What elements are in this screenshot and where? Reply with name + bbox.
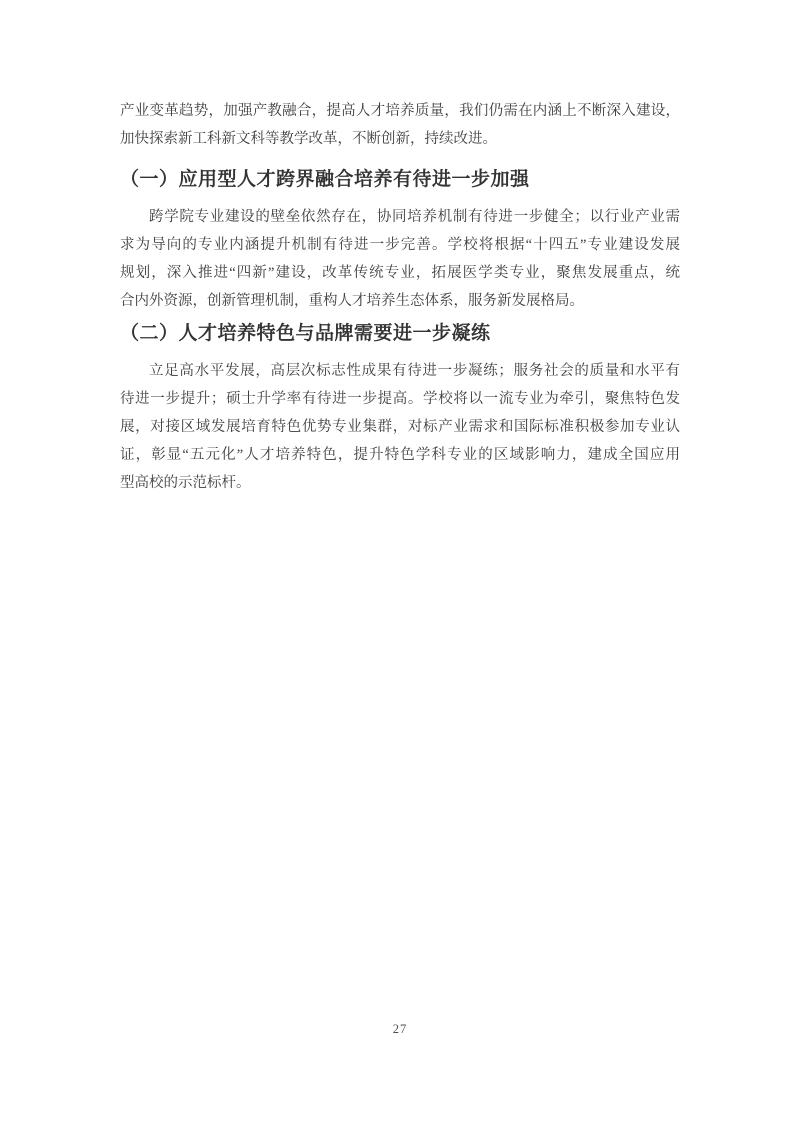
section-heading-2: （二）人才培养特色与品牌需要进一步凝练 [120, 319, 680, 349]
text-line: 待进一步提升；硕士升学率有待进一步提高。学校将以一流专业为牵引，聚焦特色发 [120, 385, 680, 413]
section-heading-1: （一）应用型人才跨界融合培养有待进一步加强 [120, 165, 680, 195]
paragraph-section-2: 立足高水平发展，高层次标志性成果有待进一步凝练；服务社会的质量和水平有 待进一步… [120, 357, 680, 497]
text-line: 加快探索新工科新文科等教学改革，不断创新，持续改进。 [120, 125, 680, 153]
text-line: 展，对接区域发展培育特色优势专业集群，对标产业需求和国际标准积极参加专业认 [120, 413, 680, 441]
text-line: 规划，深入推进“四新”建设，改革传统专业，拓展医学类专业，聚焦发展重点，统 [120, 259, 680, 287]
text-line: 产业变革趋势，加强产教融合，提高人才培养质量，我们仍需在内涵上不断深入建设， [120, 97, 680, 125]
text-line: 跨学院专业建设的壁垒依然存在，协同培养机制有待进一步健全；以行业产业需 [120, 203, 680, 231]
text-line: 型高校的示范标杆。 [120, 469, 680, 497]
page-content: 产业变革趋势，加强产教融合，提高人才培养质量，我们仍需在内涵上不断深入建设， 加… [120, 97, 680, 497]
text-line: 合内外资源，创新管理机制，重构人才培养生态体系，服务新发展格局。 [120, 287, 680, 315]
page-number: 27 [393, 1022, 408, 1036]
paragraph-section-1: 跨学院专业建设的壁垒依然存在，协同培养机制有待进一步健全；以行业产业需 求为导向… [120, 203, 680, 315]
text-line: 立足高水平发展，高层次标志性成果有待进一步凝练；服务社会的质量和水平有 [120, 357, 680, 385]
document-page: 产业变革趋势，加强产教融合，提高人才培养质量，我们仍需在内涵上不断深入建设， 加… [0, 0, 800, 1139]
text-line: 证，彰显“五元化”人才培养特色，提升特色学科专业的区域影响力，建成全国应用 [120, 441, 680, 469]
page-footer: 27 [0, 1020, 800, 1038]
paragraph-continuation: 产业变革趋势，加强产教融合，提高人才培养质量，我们仍需在内涵上不断深入建设， 加… [120, 97, 680, 153]
text-line: 求为导向的专业内涵提升机制有待进一步完善。学校将根据“十四五”专业建设发展 [120, 231, 680, 259]
